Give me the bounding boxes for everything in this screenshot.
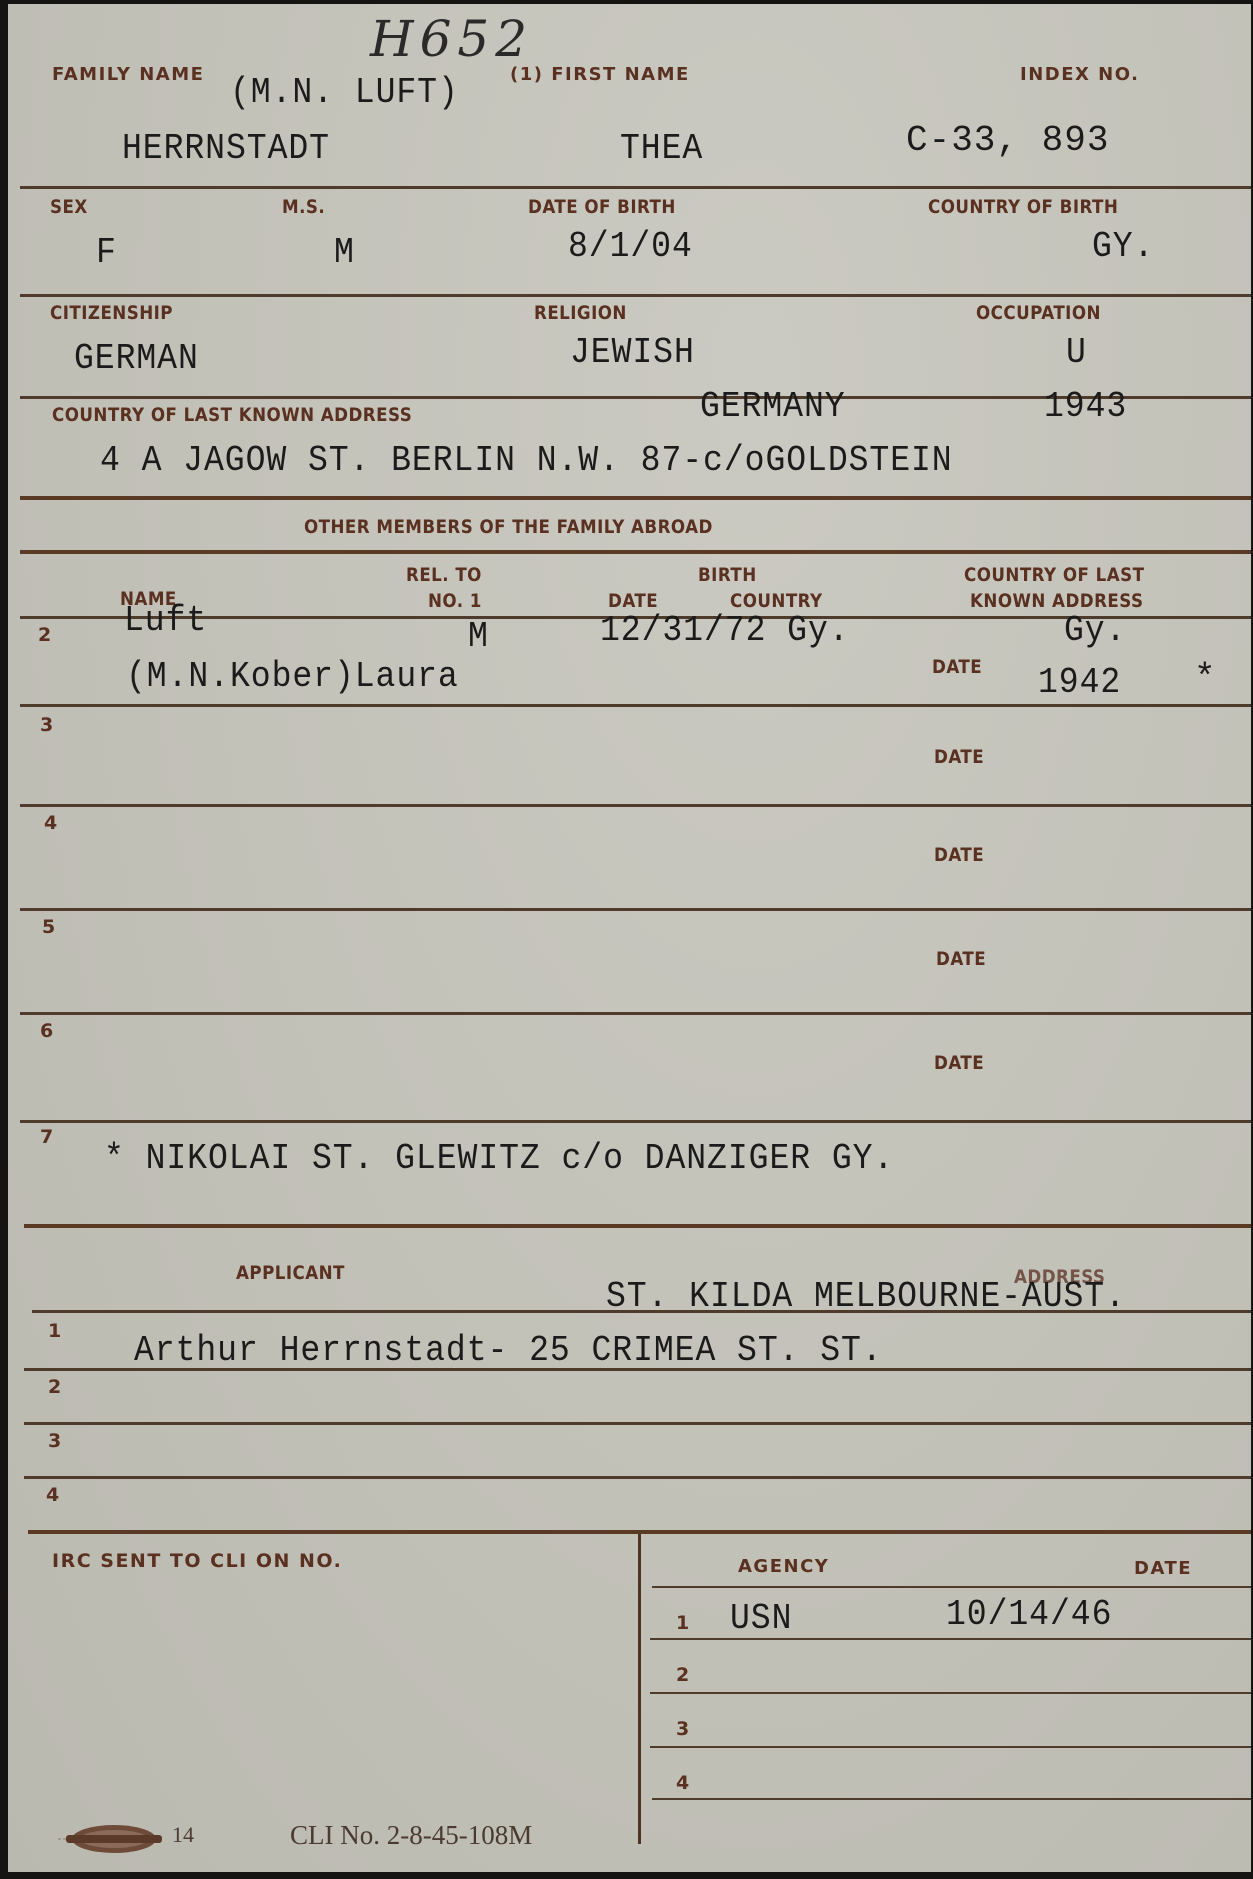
row-number: 7 <box>40 1126 53 1148</box>
religion-label: RELIGION <box>534 302 627 324</box>
citizenship-label: CITIZENSHIP <box>50 302 173 324</box>
divider <box>650 1638 1251 1640</box>
divider <box>20 704 1251 707</box>
religion-value: JEWISH <box>570 332 695 373</box>
row-number: 2 <box>38 624 51 646</box>
row-number: 4 <box>676 1772 689 1794</box>
last-address-label: COUNTRY OF LAST KNOWN ADDRESS <box>52 404 412 426</box>
date-label: DATE <box>934 1052 984 1074</box>
row-number: 6 <box>40 1020 53 1042</box>
index-card: H652 FAMILY NAME (1) FIRST NAME INDEX NO… <box>8 4 1251 1872</box>
row-number: 3 <box>48 1430 61 1452</box>
applicant-name: Arthur Herrnstadt- 25 CRIMEA ST. ST. <box>134 1330 883 1371</box>
divider <box>20 496 1251 500</box>
ms-label: M.S. <box>282 196 325 218</box>
row-number: 1 <box>48 1320 61 1342</box>
member-date: 1942 <box>1038 662 1121 703</box>
agency-value: USN <box>730 1598 792 1639</box>
divider <box>20 908 1251 911</box>
divider <box>652 1798 1251 1800</box>
member-name-line1: Luft <box>124 600 207 641</box>
col-rel-label-2: NO. 1 <box>428 590 482 612</box>
handwritten-number: H652 <box>370 10 533 68</box>
first-name-label: (1) FIRST NAME <box>510 64 690 85</box>
row-number: 5 <box>42 916 55 938</box>
divider <box>20 804 1251 807</box>
dob-value: 8/1/04 <box>568 226 693 267</box>
asterisk-mark: * <box>1194 658 1217 699</box>
date-label: DATE <box>932 656 982 678</box>
divider <box>20 550 1251 554</box>
divider <box>24 1368 1251 1371</box>
divider <box>650 1746 1251 1748</box>
cob-label: COUNTRY OF BIRTH <box>928 196 1118 218</box>
last-address-country: GERMANY <box>700 386 846 427</box>
last-address-street: 4 A JAGOW ST. BERLIN N.W. 87-c/oGOLDSTEI… <box>100 440 953 481</box>
divider <box>32 1310 1251 1313</box>
agency-date-value: 10/14/46 <box>946 1594 1112 1635</box>
occupation-label: OCCUPATION <box>976 302 1101 324</box>
index-no-value: C-33, 893 <box>906 120 1109 161</box>
irc-label: IRC SENT TO CLI ON NO. <box>52 1550 342 1572</box>
col-rel-label-1: REL. TO <box>406 564 482 586</box>
family-name-value: HERRNSTADT <box>122 128 330 169</box>
member-relation: M <box>468 616 489 657</box>
row-number: 2 <box>676 1664 689 1686</box>
first-name-value: THEA <box>620 128 703 169</box>
index-no-label: INDEX NO. <box>1020 64 1139 85</box>
row-number: 2 <box>48 1376 61 1398</box>
family-name-label: FAMILY NAME <box>52 64 204 85</box>
divider <box>24 1476 1251 1479</box>
member-name-line2: (M.N.Kober)Laura <box>126 656 459 697</box>
agency-date-label: DATE <box>1134 1558 1192 1579</box>
date-label: DATE <box>936 948 986 970</box>
row-number: 4 <box>46 1484 59 1506</box>
last-address-date: 1943 <box>1044 386 1127 427</box>
member-birth: 12/31/72 Gy. <box>600 610 850 651</box>
row-number: 3 <box>676 1718 689 1740</box>
col-birth-country-label: COUNTRY <box>730 590 823 612</box>
member-last-country: Gy. <box>1064 610 1126 651</box>
divider <box>20 1012 1251 1015</box>
row-number: 1 <box>676 1612 689 1634</box>
column-divider <box>638 1534 641 1844</box>
date-label: DATE <box>934 746 984 768</box>
divider <box>650 1692 1251 1694</box>
applicant-label: APPLICANT <box>236 1262 345 1284</box>
divider <box>20 1120 1251 1123</box>
union-label-icon <box>58 1822 170 1856</box>
row-number: 3 <box>40 714 53 736</box>
ms-value: M <box>334 232 355 273</box>
sex-value: F <box>96 232 117 273</box>
col-last-label-2: KNOWN ADDRESS <box>970 590 1143 612</box>
family-abroad-title: OTHER MEMBERS OF THE FAMILY ABROAD <box>304 516 713 538</box>
col-birth-date-label: DATE <box>608 590 658 612</box>
dob-label: DATE OF BIRTH <box>528 196 676 218</box>
occupation-value: U <box>1066 332 1087 373</box>
form-number: CLI No. 2-8-45-108M <box>290 1820 532 1851</box>
row-7-note: * NIKOLAI ST. GLEWITZ c/o DANZIGER GY. <box>104 1138 894 1179</box>
divider <box>24 1224 1251 1228</box>
divider <box>20 186 1251 189</box>
date-label: DATE <box>934 844 984 866</box>
union-number: 14 <box>172 1822 194 1848</box>
agency-label: AGENCY <box>738 1556 829 1577</box>
divider <box>652 1586 1251 1588</box>
divider <box>24 1422 1251 1425</box>
sex-label: SEX <box>50 196 88 218</box>
citizenship-value: GERMAN <box>74 338 199 379</box>
divider <box>20 294 1251 297</box>
maiden-name: (M.N. LUFT) <box>230 72 459 113</box>
col-birth-label: BIRTH <box>698 564 757 586</box>
cob-value: GY. <box>1092 226 1154 267</box>
col-last-label-1: COUNTRY OF LAST <box>964 564 1144 586</box>
row-number: 4 <box>44 812 57 834</box>
